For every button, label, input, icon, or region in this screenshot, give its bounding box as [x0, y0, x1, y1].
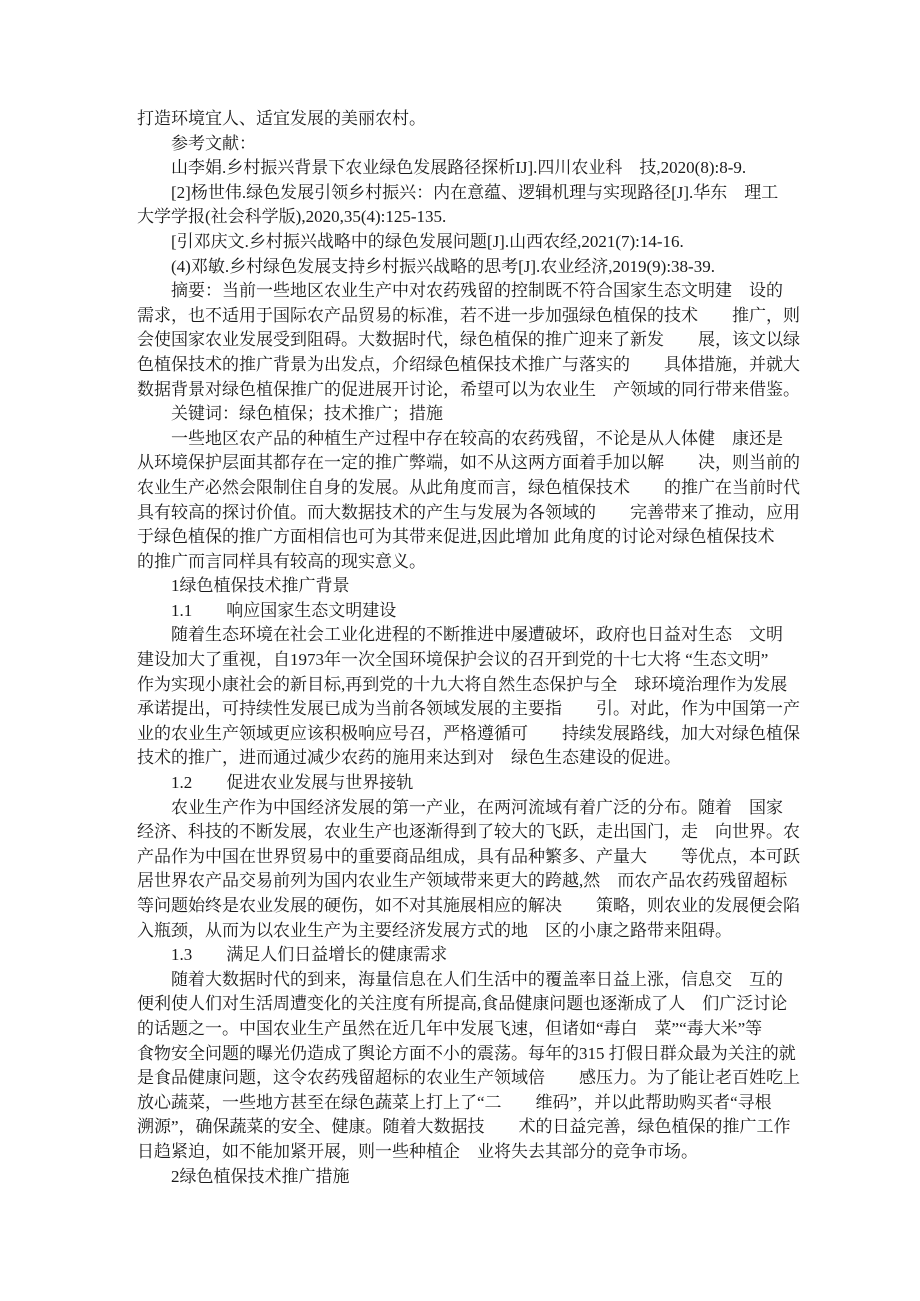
text-line: 放心蔬菜，一些地方甚至在绿色蔬菜上打上了“二 维码”，并以此帮助购买者“寻根	[137, 1091, 807, 1116]
text-line: 随着生态环境在社会工业化进程的不断推进中屡遭破坏，政府也日益对生态 文明	[137, 623, 807, 648]
text-line: 作为实现小康社会的新目标,再到党的十九大将自然生态保护与全 球环境治理作为发展	[137, 673, 807, 698]
text-line: 溯源”，确保蔬菜的安全、健康。随着大数据技 术的日益完善，绿色植保的推广工作	[137, 1115, 807, 1140]
text-line: 产品作为中国在世界贸易中的重要商品组成，具有品种繁多、产量大 等优点，本可跃	[137, 845, 807, 870]
text-line: 数据背景对绿色植保推广的促进展开讨论，希望可以为农业生 产领域的同行带来借鉴。	[137, 378, 807, 403]
text-line: 业的农业生产领域更应该积极响应号召，严格遵循可 持续发展路线，加大对绿色植保	[137, 722, 807, 747]
text-line: 摘要：当前一些地区农业生产中对农药残留的控制既不符合国家生态文明建 设的	[137, 279, 807, 304]
text-line: 2绿色植保技术推广措施	[137, 1165, 807, 1190]
text-line: 食物安全问题的曝光仍造成了舆论方面不小的震荡。每年的315 打假日群众最为关注的…	[137, 1042, 807, 1067]
text-line: 需求，也不适用于国际农产品贸易的标准，若不进一步加强绿色植保的技术 推广，则	[137, 304, 807, 329]
text-line: 1.1 响应国家生态文明建设	[137, 599, 807, 624]
text-line: 经济、科技的不断发展，农业生产也逐渐得到了较大的飞跃，走出国门，走 向世界。农	[137, 820, 807, 845]
text-line: 农业生产必然会限制住自身的发展。从此角度而言，绿色植保技术 的推广在当前时代	[137, 476, 807, 501]
text-line: [引邓庆文.乡村振兴战略中的绿色发展问题[J].山西农经,2021(7):14-…	[137, 230, 807, 255]
text-line: 的推广而言同样具有较高的现实意义。	[137, 550, 807, 575]
document-page: 打造环境宜人、适宜发展的美丽农村。参考文献：山李娟.乡村振兴背景下农业绿色发展路…	[0, 0, 920, 1301]
text-line: 的话题之一。中国农业生产虽然在近几年中发展飞速，但诸如“毒白 菜”“毒大米”等	[137, 1017, 807, 1042]
text-line: 建设加大了重视，自1973年一次全国环境保护会议的召开到党的十七大将 “生态文明…	[137, 648, 807, 673]
text-line: 1.2 促进农业发展与世界接轨	[137, 771, 807, 796]
text-line: 从环境保护层面其都存在一定的推广弊端，如不从这两方面着手加以解 决，则当前的	[137, 451, 807, 476]
text-line: 参考文献：	[137, 132, 807, 157]
text-line: 大学学报(社会科学版),2020,35(4):125-135.	[137, 205, 807, 230]
text-line: 技术的推广，进而通过减少农药的施用来达到对 绿色生态建设的促进。	[137, 746, 807, 771]
text-line: [2]杨世伟.绿色发展引领乡村振兴：内在意蕴、逻辑机理与实现路径[J].华东 理…	[137, 181, 807, 206]
text-line: 承诺提出，可持续性发展已成为当前各领域发展的主要指 引。对此，作为中国第一产	[137, 697, 807, 722]
document-text-block: 打造环境宜人、适宜发展的美丽农村。参考文献：山李娟.乡村振兴背景下农业绿色发展路…	[137, 107, 807, 1189]
text-line: 日趋紧迫，如不能加紧开展，则一些种植企 业将失去其部分的竞争市场。	[137, 1140, 807, 1165]
text-line: 随着大数据时代的到来，海量信息在人们生活中的覆盖率日益上涨，信息交 互的	[137, 968, 807, 993]
text-line: (4)邓敏.乡村绿色发展支持乡村振兴战略的思考[J].农业经济,2019(9):…	[137, 255, 807, 280]
text-line: 等问题始终是农业发展的硬伤，如不对其施展相应的解决 策略，则农业的发展便会陷	[137, 894, 807, 919]
text-line: 居世界农产品交易前列为国内农业生产领域带来更大的跨越,然 而农产品农药残留超标	[137, 869, 807, 894]
text-line: 是食品健康问题，这令农药残留超标的农业生产领域倍 感压力。为了能让老百姓吃上	[137, 1066, 807, 1091]
text-line: 打造环境宜人、适宜发展的美丽农村。	[137, 107, 807, 132]
text-line: 色植保技术的推广背景为出发点，介绍绿色植保技术推广与落实的 具体措施，并就大	[137, 353, 807, 378]
text-line: 会使国家农业发展受到阻碍。大数据时代，绿色植保的推广迎来了新发 展，该文以绿	[137, 328, 807, 353]
text-line: 1.3 满足人们日益增长的健康需求	[137, 943, 807, 968]
text-line: 1绿色植保技术推广背景	[137, 574, 807, 599]
text-line: 入瓶颈，从而为以农业生产为主要经济发展方式的地 区的小康之路带来阻碍。	[137, 919, 807, 944]
text-line: 便利使人们对生活周遭变化的关注度有所提高,食品健康问题也逐渐成了人 们广泛讨论	[137, 992, 807, 1017]
text-line: 具有较高的探讨价值。而大数据技术的产生与发展为各领域的 完善带来了推动，应用	[137, 501, 807, 526]
text-line: 一些地区农产品的种植生产过程中存在较高的农药残留，不论是从人体健 康还是	[137, 427, 807, 452]
text-line: 于绿色植保的推广方面相信也可为其带来促进,因此增加 此角度的讨论对绿色植保技术	[137, 525, 807, 550]
text-line: 山李娟.乡村振兴背景下农业绿色发展路径探析IJ].四川农业科 技,2020(8)…	[137, 156, 807, 181]
text-line: 农业生产作为中国经济发展的第一产业，在两河流域有着广泛的分布。随着 国家	[137, 796, 807, 821]
text-line: 关键词：绿色植保；技术推广；措施	[137, 402, 807, 427]
